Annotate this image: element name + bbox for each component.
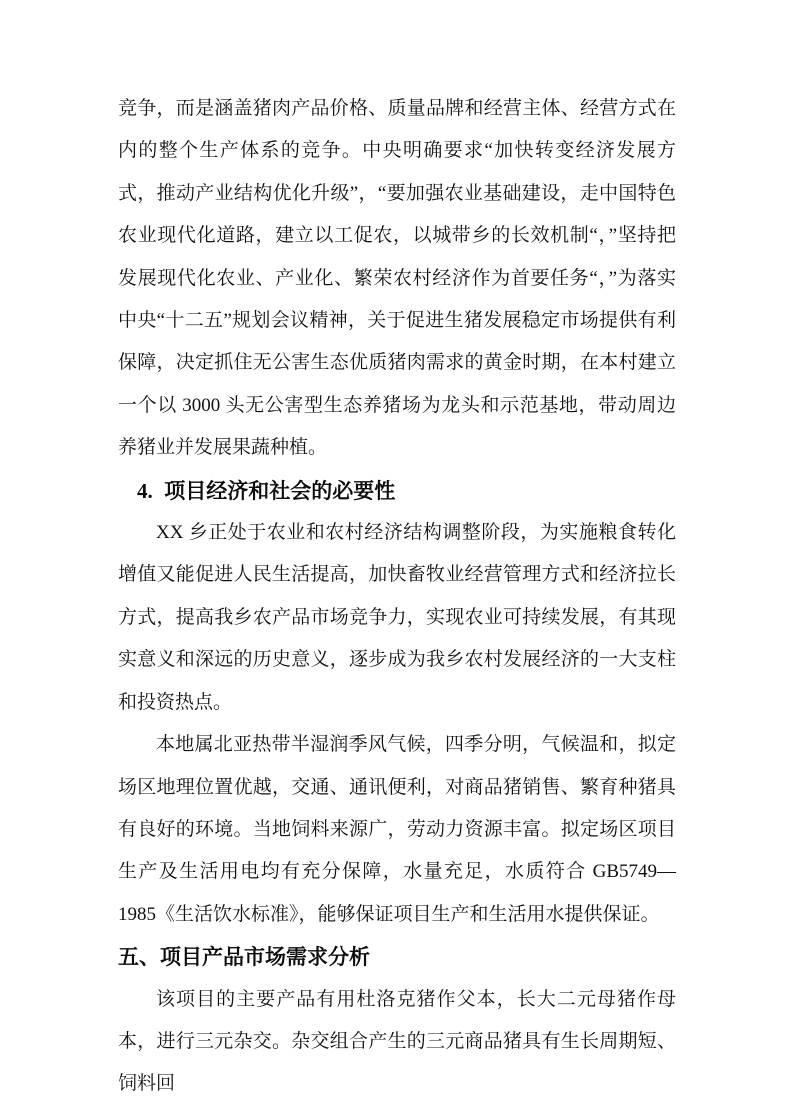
page-content: 竞争，而是涵盖猪肉产品价格、质量品牌和经营主体、经营方式在内的整个生产体系的竞争… [118,88,676,1106]
section-heading-4: 4.项目经济和社会的必要性 [118,470,676,512]
heading-number: 4. [137,479,153,503]
body-paragraph-continuation: 竞争，而是涵盖猪肉产品价格、质量品牌和经营主体、经营方式在内的整个生产体系的竞争… [118,88,676,470]
body-paragraph: 本地属北亚热带半湿润季风气候，四季分明，气候温和，拟定场区地理位置优越，交通、通… [118,724,676,936]
body-paragraph: XX 乡正处于农业和农村经济结构调整阶段，为实施粮食转化增值又能促进人民生活提高… [118,512,676,724]
body-paragraph-truncated: 该项目的主要产品有用杜洛克猪作父本，长大二元母猪作母本，进行三元杂交。杂交组合产… [118,979,676,1106]
section-heading-5: 五、项目产品市场需求分析 [118,936,676,978]
heading-text: 项目经济和社会的必要性 [164,479,395,503]
document-page: 竞争，而是涵盖猪肉产品价格、质量品牌和经营主体、经营方式在内的整个生产体系的竞争… [0,0,792,1120]
